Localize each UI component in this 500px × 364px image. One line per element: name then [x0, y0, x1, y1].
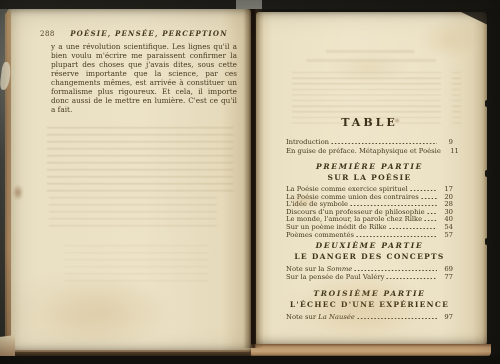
- toc-group: TROISIÈME PARTIEL'ÉCHEC D'UNE EXPÉRIENCE…: [286, 289, 453, 321]
- dot-leader: [421, 197, 437, 200]
- toc-entry: Note sur La Nausée97: [286, 313, 453, 321]
- body-paragraph: y a une révolution scientifique. Les lig…: [51, 42, 237, 114]
- left-page: 288 POÉSIE, PENSÉE, PERCEPTION y a une r…: [7, 9, 251, 352]
- toc-entry-page-number: 57: [440, 232, 453, 240]
- dot-leader: [424, 219, 437, 222]
- toc-title: TABLE: [286, 116, 453, 129]
- page-edge-notch: [485, 100, 489, 107]
- toc-entry-label: Note sur la Somme: [286, 265, 352, 273]
- page-edge-notch: [485, 238, 489, 245]
- dot-leader: [389, 227, 437, 230]
- photo-bottom-edge: [0, 356, 500, 364]
- toc-group: Introduction9En guise de préface. Métaph…: [286, 138, 453, 155]
- toc-entry-label: Sur la pensée de Paul Valéry: [286, 273, 384, 281]
- toc-entry: Sur la pensée de Paul Valéry77: [286, 273, 453, 281]
- dot-leader: [331, 142, 437, 145]
- toc-entry: En guise de préface. Métaphysique et Poé…: [286, 147, 453, 156]
- show-through-heading: [306, 59, 436, 62]
- toc-part-subtitle: L'ÉCHEC D'UNE EXPÉRIENCE: [286, 300, 453, 309]
- toc-group: PREMIÈRE PARTIESUR LA POÉSIELa Poésie co…: [286, 162, 453, 239]
- show-through-text: [47, 127, 233, 193]
- show-through-heading: [326, 50, 414, 53]
- toc-entry-list: Note sur La Nausée97: [286, 313, 453, 321]
- toc-part-heading: TROISIÈME PARTIE: [286, 289, 453, 298]
- toc-group: DEUXIÈME PARTIELE DANGER DES CONCEPTSNot…: [286, 241, 453, 281]
- toc-entry-page-number: 9: [440, 138, 453, 147]
- toc-part-subtitle: SUR LA POÉSIE: [286, 173, 453, 182]
- show-through-page-numbers: [452, 72, 461, 124]
- show-through-text: [49, 197, 217, 227]
- toc-entry: Poèmes commentés57: [286, 232, 453, 240]
- running-title: POÉSIE, PENSÉE, PERCEPTION: [7, 29, 251, 38]
- binding-top-glimpse: [236, 0, 262, 9]
- toc-entry-page-number: 69: [440, 265, 453, 273]
- dot-leader: [356, 235, 437, 238]
- toc-part-subtitle: LE DANGER DES CONCEPTS: [286, 252, 453, 261]
- toc-entry-label: Introduction: [286, 138, 329, 147]
- toc-entry-page-number: 77: [440, 273, 453, 281]
- toc-entry-page-number: 97: [440, 313, 453, 321]
- dot-leader: [427, 212, 437, 215]
- open-book-photo: 288 POÉSIE, PENSÉE, PERCEPTION y a une r…: [0, 0, 500, 364]
- table-of-contents: TABLE Introduction9En guise de préface. …: [286, 116, 453, 321]
- show-through-text: [65, 245, 207, 283]
- toc-entry-list: La Poésie comme exercice spirituel17La P…: [286, 186, 453, 239]
- dot-leader: [386, 277, 437, 280]
- toc-entry-label: En guise de préface. Métaphysique et Poé…: [286, 147, 441, 156]
- page-edge-notch: [485, 170, 489, 177]
- dot-leader: [410, 189, 437, 192]
- toc-entry-page-number: 11: [446, 147, 459, 156]
- toc-entry-label: Poèmes commentés: [286, 232, 354, 240]
- toc-part-heading: DEUXIÈME PARTIE: [286, 241, 453, 250]
- dot-leader: [354, 269, 437, 272]
- toc-entry: Note sur la Somme69: [286, 265, 453, 273]
- toc-entry: Introduction9: [286, 138, 453, 147]
- toc-entry-list: Note sur la Somme69Sur la pensée de Paul…: [286, 265, 453, 281]
- toc-part-heading: PREMIÈRE PARTIE: [286, 162, 453, 171]
- right-page: TABLE Introduction9En guise de préface. …: [256, 12, 487, 345]
- toc-entry-label: Note sur La Nausée: [286, 313, 355, 321]
- dot-leader: [357, 317, 437, 320]
- toc-groups: Introduction9En guise de préface. Métaph…: [286, 138, 453, 321]
- toc-entry-list: Introduction9En guise de préface. Métaph…: [286, 138, 453, 155]
